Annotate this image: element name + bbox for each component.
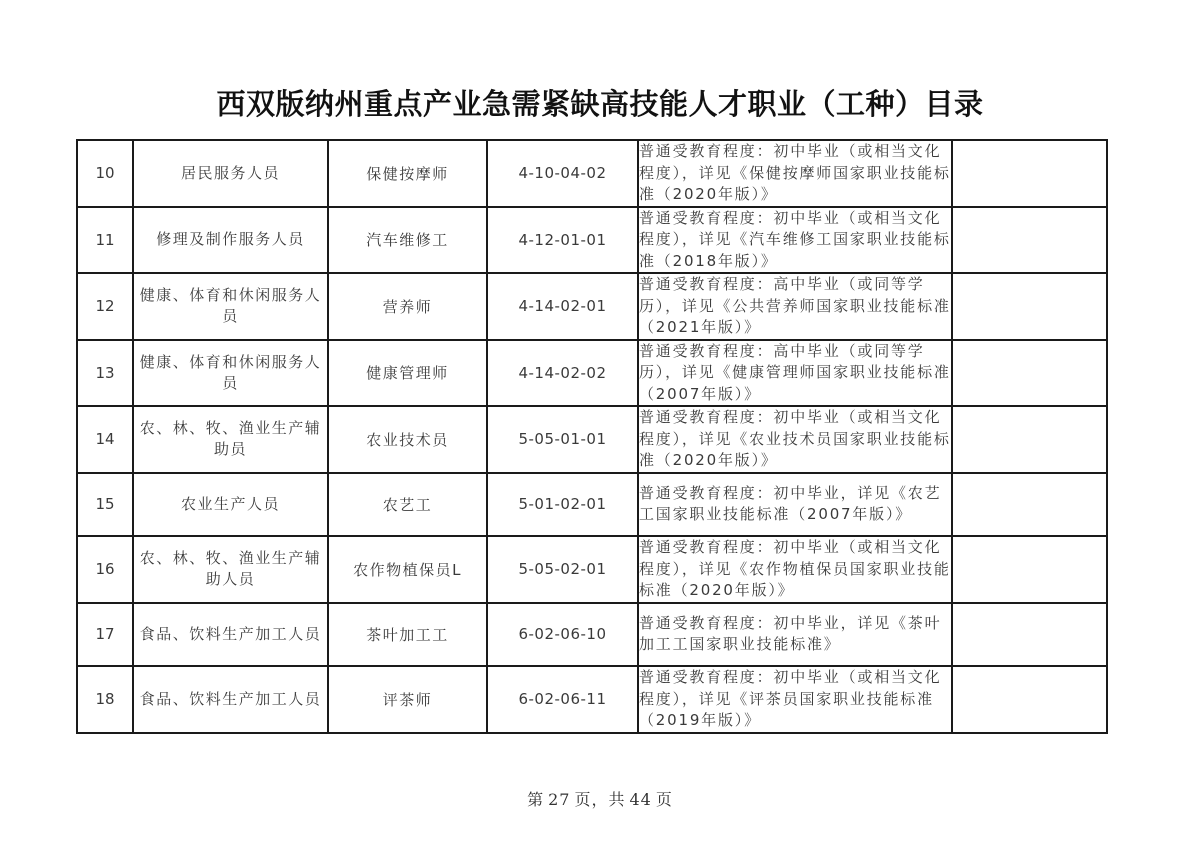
row-index: 12	[77, 273, 133, 340]
occupation-code: 5-01-02-01	[487, 473, 638, 537]
occupation-code: 4-12-01-01	[487, 207, 638, 274]
skill-requirement: 普通受教育程度：初中毕业（或相当文化程度），详见《汽车维修工国家职业技能标准（2…	[638, 207, 952, 274]
occupation-category: 农业生产人员	[133, 473, 328, 537]
table-row: 15 农业生产人员 农艺工 5-01-02-01 普通受教育程度：初中毕业，详见…	[77, 473, 1107, 537]
occupation-name: 汽车维修工	[328, 207, 487, 274]
row-index: 10	[77, 140, 133, 207]
row-note	[952, 536, 1107, 603]
occupation-code: 4-14-02-01	[487, 273, 638, 340]
occupation-name: 茶叶加工工	[328, 603, 487, 667]
row-note	[952, 406, 1107, 473]
page-suffix: 页	[656, 790, 673, 809]
table-row: 14 农、林、牧、渔业生产辅助员 农业技术员 5-05-01-01 普通受教育程…	[77, 406, 1107, 473]
skill-requirement: 普通受教育程度：初中毕业（或相当文化程度），详见《农业技术员国家职业技能标准（2…	[638, 406, 952, 473]
occupation-name: 健康管理师	[328, 340, 487, 407]
occupation-category: 农、林、牧、渔业生产辅助人员	[133, 536, 328, 603]
row-note	[952, 207, 1107, 274]
page-title: 西双版纳州重点产业急需紧缺高技能人才职业（工种）目录	[0, 84, 1200, 124]
page-prefix: 第	[527, 790, 544, 809]
page-number-footer: 第27页，共44页	[0, 787, 1200, 810]
row-index: 14	[77, 406, 133, 473]
occupation-code: 4-14-02-02	[487, 340, 638, 407]
row-index: 18	[77, 666, 133, 733]
row-note	[952, 603, 1107, 667]
occupation-category: 修理及制作服务人员	[133, 207, 328, 274]
table-row: 12 健康、体育和休闲服务人员 营养师 4-14-02-01 普通受教育程度：高…	[77, 273, 1107, 340]
occupation-name: 农作物植保员L	[328, 536, 487, 603]
skill-requirement: 普通受教育程度：初中毕业，详见《农艺工国家职业技能标准（2007年版）》	[638, 473, 952, 537]
table-row: 13 健康、体育和休闲服务人员 健康管理师 4-14-02-02 普通受教育程度…	[77, 340, 1107, 407]
table-row: 18 食品、饮料生产加工人员 评茶师 6-02-06-11 普通受教育程度：初中…	[77, 666, 1107, 733]
skill-requirement: 普通受教育程度：初中毕业，详见《茶叶加工工国家职业技能标准》	[638, 603, 952, 667]
occupation-code: 5-05-01-01	[487, 406, 638, 473]
row-note	[952, 140, 1107, 207]
occupation-name: 农业技术员	[328, 406, 487, 473]
occupation-category: 食品、饮料生产加工人员	[133, 603, 328, 667]
occupation-code: 5-05-02-01	[487, 536, 638, 603]
occupation-code: 6-02-06-11	[487, 666, 638, 733]
total-pages: 44	[630, 790, 652, 809]
row-note	[952, 273, 1107, 340]
table-row: 11 修理及制作服务人员 汽车维修工 4-12-01-01 普通受教育程度：初中…	[77, 207, 1107, 274]
occupation-category: 健康、体育和休闲服务人员	[133, 340, 328, 407]
current-page: 27	[548, 790, 570, 809]
row-note	[952, 666, 1107, 733]
occupation-category: 农、林、牧、渔业生产辅助员	[133, 406, 328, 473]
table-row: 17 食品、饮料生产加工人员 茶叶加工工 6-02-06-10 普通受教育程度：…	[77, 603, 1107, 667]
row-note	[952, 340, 1107, 407]
occupation-code: 4-10-04-02	[487, 140, 638, 207]
occupation-category: 食品、饮料生产加工人员	[133, 666, 328, 733]
row-index: 11	[77, 207, 133, 274]
row-index: 17	[77, 603, 133, 667]
row-index: 13	[77, 340, 133, 407]
table-row: 10 居民服务人员 保健按摩师 4-10-04-02 普通受教育程度：初中毕业（…	[77, 140, 1107, 207]
skill-requirement: 普通受教育程度：高中毕业（或同等学历），详见《公共营养师国家职业技能标准（202…	[638, 273, 952, 340]
skill-requirement: 普通受教育程度：初中毕业（或相当文化程度），详见《农作物植保员国家职业技能标准（…	[638, 536, 952, 603]
row-index: 15	[77, 473, 133, 537]
row-index: 16	[77, 536, 133, 603]
occupation-name: 营养师	[328, 273, 487, 340]
page-mid: 页，共	[574, 790, 625, 809]
occupation-name: 保健按摩师	[328, 140, 487, 207]
occupation-category: 健康、体育和休闲服务人员	[133, 273, 328, 340]
occupation-category: 居民服务人员	[133, 140, 328, 207]
occupation-code: 6-02-06-10	[487, 603, 638, 667]
occupation-catalog-table: 10 居民服务人员 保健按摩师 4-10-04-02 普通受教育程度：初中毕业（…	[76, 139, 1108, 734]
skill-requirement: 普通受教育程度：初中毕业（或相当文化程度），详见《评茶员国家职业技能标准（201…	[638, 666, 952, 733]
skill-requirement: 普通受教育程度：初中毕业（或相当文化程度），详见《保健按摩师国家职业技能标准（2…	[638, 140, 952, 207]
row-note	[952, 473, 1107, 537]
occupation-name: 评茶师	[328, 666, 487, 733]
occupation-name: 农艺工	[328, 473, 487, 537]
skill-requirement: 普通受教育程度：高中毕业（或同等学历），详见《健康管理师国家职业技能标准（200…	[638, 340, 952, 407]
table-row: 16 农、林、牧、渔业生产辅助人员 农作物植保员L 5-05-02-01 普通受…	[77, 536, 1107, 603]
